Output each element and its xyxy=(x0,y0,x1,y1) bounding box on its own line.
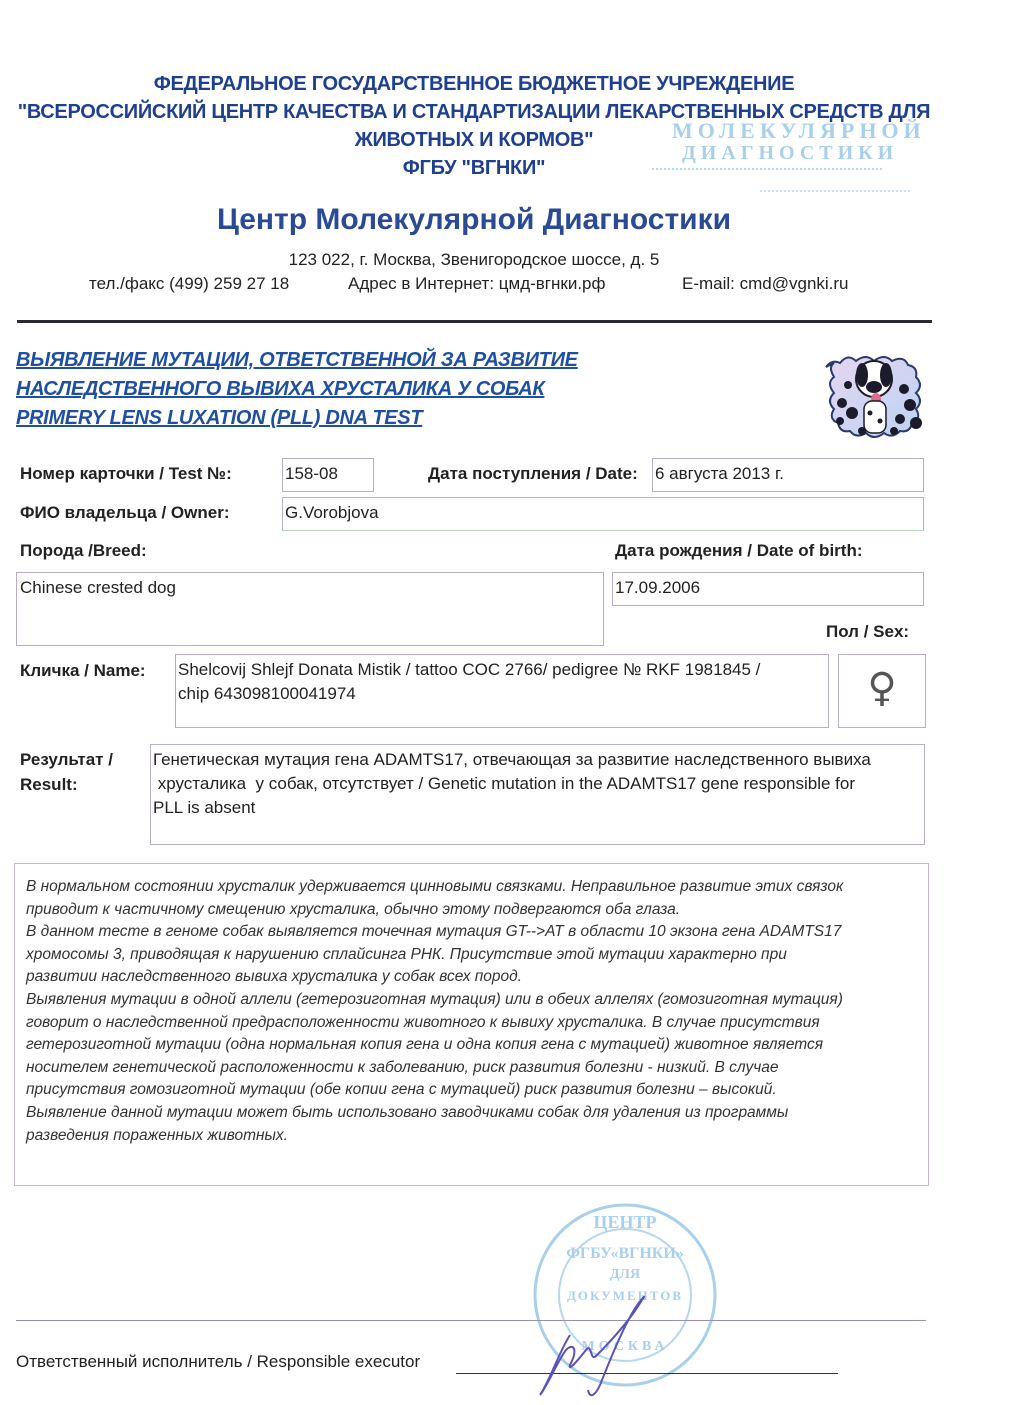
info-line: приводит к частичному смещению хрусталик… xyxy=(26,899,917,922)
info-line: развитии наследственного вывиха хрустали… xyxy=(26,966,917,989)
info-line: хромосомы 3, приводящая к нарушению спла… xyxy=(26,944,917,967)
name-value-line1: Shelcovij Shlejf Donata Mistik / tattoo … xyxy=(178,658,826,682)
info-line: говорит о наследственной предрасположенн… xyxy=(26,1012,917,1035)
result-label-line1: Результат / xyxy=(20,750,113,770)
breed-label: Порода /Breed: xyxy=(20,541,147,561)
name-label: Кличка / Name: xyxy=(20,661,146,681)
dob-field[interactable]: 17.09.2006 xyxy=(612,572,924,606)
info-line: разведения пораженных животных. xyxy=(26,1125,917,1148)
info-line: Выявление данной мутации может быть испо… xyxy=(26,1102,917,1125)
test-title-line3: PRIMERY LENS LUXATION (PLL) DNA TEST xyxy=(16,407,422,430)
stamp-faint-line xyxy=(652,168,882,178)
website-link[interactable]: Адрес в Интернет: цмд-вгнки.рф xyxy=(348,274,606,294)
info-line: гетерозиготной мутации (одна нормальная … xyxy=(26,1034,917,1057)
stamp-text-line1: МОЛЕКУЛЯРНОЙ xyxy=(672,118,926,144)
test-title-line2: НАСЛЕДСТВЕННОГО ВЫВИХА ХРУСТАЛИКА У СОБА… xyxy=(16,378,544,401)
result-label-line2: Result: xyxy=(20,775,78,795)
stamp-text-line2: ДИАГНОСТИКИ xyxy=(682,142,898,165)
breed-field[interactable]: Chinese crested dog xyxy=(16,572,604,646)
info-line: В данном тесте в геноме собак выявляется… xyxy=(26,921,917,944)
info-line: присутствия гомозиготной мутации (обе ко… xyxy=(26,1079,917,1102)
test-number-field[interactable]: 158-08 xyxy=(282,458,374,492)
org-header-line1: ФЕДЕРАЛЬНОЕ ГОСУДАРСТВЕННОЕ БЮДЖЕТНОЕ УЧ… xyxy=(0,73,948,96)
owner-field[interactable]: G.Vorobjova xyxy=(282,497,924,531)
footer-divider xyxy=(16,1320,926,1321)
info-line: носителем генетической расположенности к… xyxy=(26,1057,917,1080)
sex-field[interactable]: ♀ xyxy=(838,654,926,728)
info-line: Выявления мутации в одной аллели (гетеро… xyxy=(26,989,917,1012)
receipt-date-field[interactable]: 6 августа 2013 г. xyxy=(652,458,924,492)
result-field[interactable]: Генетическая мутация гена ADAMTS17, отве… xyxy=(150,744,925,845)
dob-label: Дата рождения / Date of birth: xyxy=(615,541,863,561)
executor-label: Ответственный исполнитель / Responsible … xyxy=(16,1352,420,1372)
result-value-line2: хрусталика у собак, отсутствует / Geneti… xyxy=(153,772,922,796)
stamp-top-text: ЦЕНТР xyxy=(593,1212,656,1232)
signature-icon xyxy=(530,1290,680,1405)
stamp-mid1-text: ФГБУ«ВГНКИ» xyxy=(566,1245,684,1262)
female-symbol-icon: ♀ xyxy=(867,665,896,711)
dalmatian-logo-icon xyxy=(812,345,942,450)
header-divider xyxy=(17,320,932,323)
stamp-faint-line-2 xyxy=(760,190,910,198)
email-link[interactable]: E-mail: cmd@vgnki.ru xyxy=(682,274,849,294)
phone: тел./факс (499) 259 27 18 xyxy=(89,274,289,294)
info-line: В нормальном состоянии хрусталик удержив… xyxy=(26,876,917,899)
sex-label: Пол / Sex: xyxy=(826,622,909,642)
result-value-line1: Генетическая мутация гена ADAMTS17, отве… xyxy=(153,748,922,772)
owner-label: ФИО владельца / Owner: xyxy=(20,503,230,523)
address: 123 022, г. Москва, Звенигородское шоссе… xyxy=(0,250,948,270)
name-field[interactable]: Shelcovij Shlejf Donata Mistik / tattoo … xyxy=(175,654,829,728)
result-value-line3: PLL is absent xyxy=(153,796,922,820)
center-name: Центр Молекулярной Диагностики xyxy=(0,203,948,237)
receipt-date-label: Дата поступления / Date: xyxy=(428,464,638,484)
name-value-line2: chip 643098100041974 xyxy=(178,682,826,706)
test-number-label: Номер карточки / Test №: xyxy=(20,464,232,484)
test-title-line1: ВЫЯВЛЕНИЕ МУТАЦИИ, ОТВЕТСТВЕННОЙ ЗА РАЗВ… xyxy=(16,349,578,372)
info-text-box: В нормальном состоянии хрусталик удержив… xyxy=(14,863,929,1186)
stamp-mid2-text: ДЛЯ xyxy=(610,1267,640,1282)
